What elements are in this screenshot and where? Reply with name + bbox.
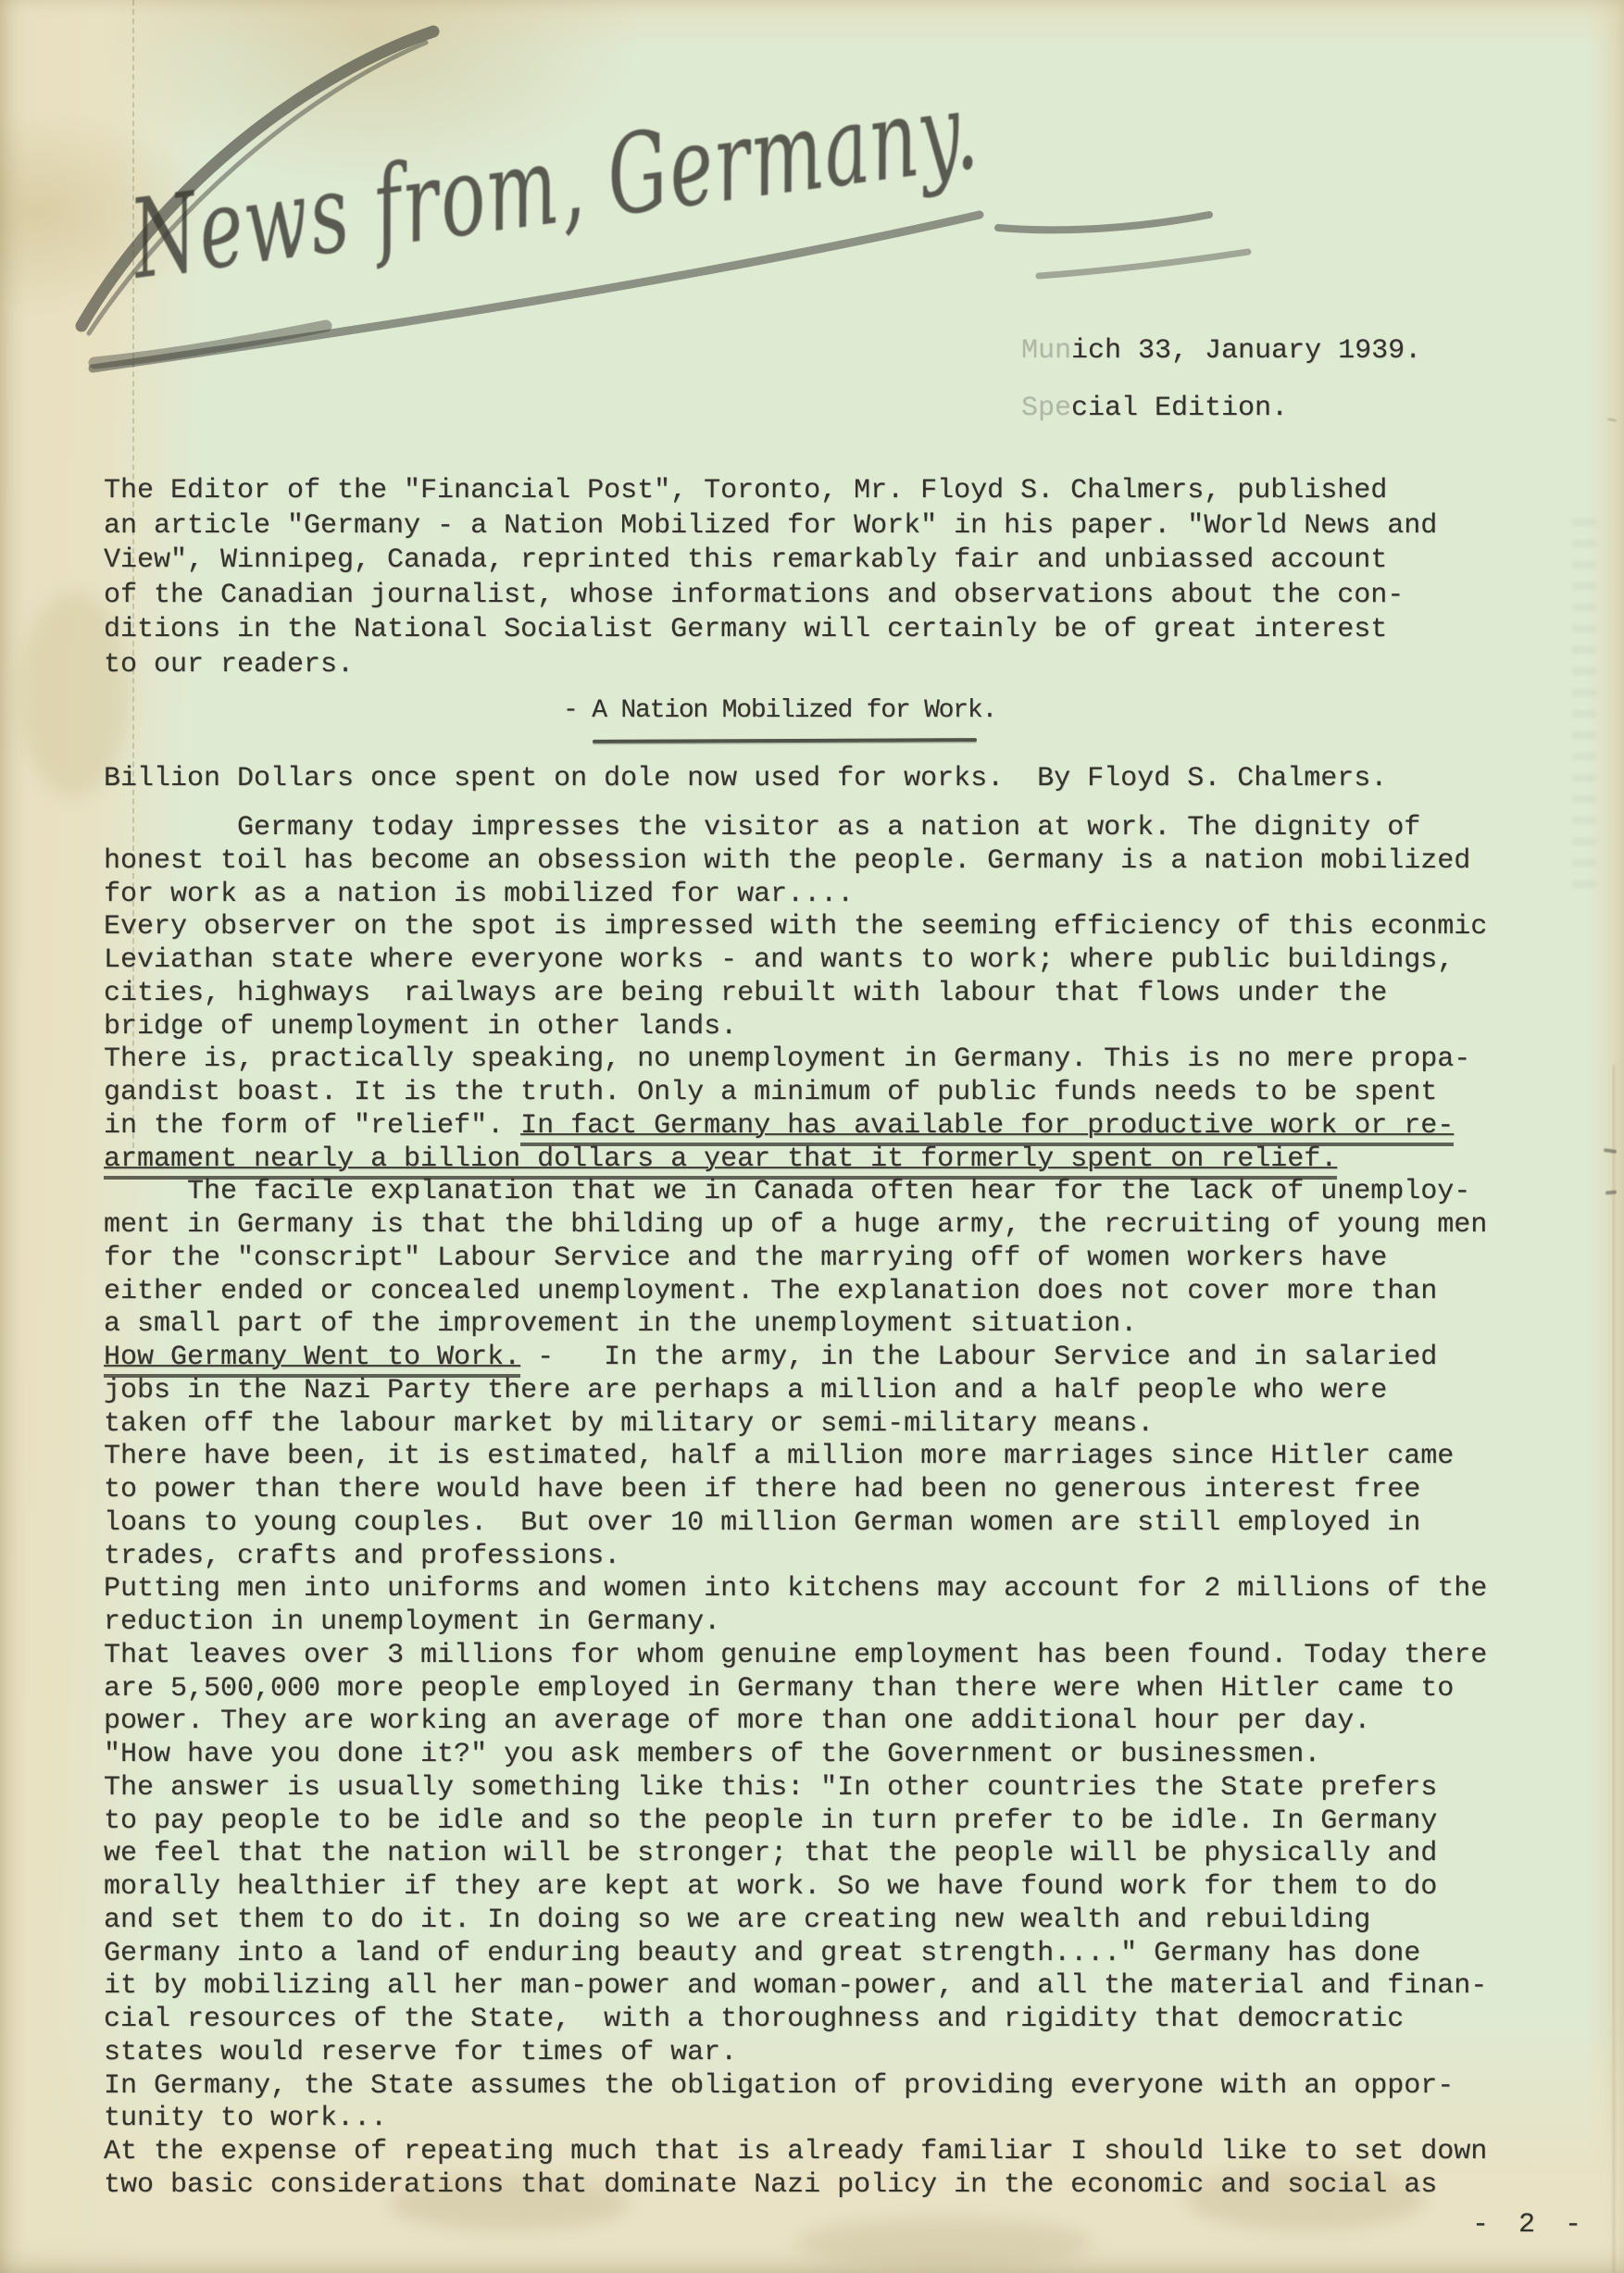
text-segment: jobs in the Nazi Party there are perhaps… <box>104 1375 1387 1406</box>
text-segment: for the "conscript" Labour Service and t… <box>104 1243 1387 1274</box>
text-segment: tunity to work... <box>104 2103 387 2134</box>
edition-text: cial Edition. <box>1071 393 1288 424</box>
text-line: Every observer on the spot is impressed … <box>104 911 1487 944</box>
text-line: loans to young couples. But over 10 mill… <box>104 1507 1487 1541</box>
text-line: of the Canadian journalist, whose inform… <box>104 579 1437 614</box>
handwritten-title-area: News from, Germany. <box>0 0 1624 454</box>
dateline: Munich 33, January 1939. <box>1021 335 1421 368</box>
text-segment: in the form of "relief". <box>104 1110 520 1142</box>
text-segment: it by mobilizing all her man-power and w… <box>104 1970 1487 2002</box>
text-segment: loans to young couples. But over 10 mill… <box>104 1507 1420 1539</box>
text-segment: Every observer on the spot is impressed … <box>104 911 1487 943</box>
text-line: for the "conscript" Labour Service and t… <box>104 1243 1487 1276</box>
intro-paragraph: The Editor of the "Financial Post", Toro… <box>104 474 1437 682</box>
dateline-faded: Mun <box>1021 335 1071 367</box>
text-line: taken off the labour market by military … <box>104 1408 1487 1442</box>
text-line: At the expense of repeating much that is… <box>104 2136 1487 2169</box>
section-heading: - A Nation Mobilized for Work. <box>563 694 996 728</box>
text-line: jobs in the Nazi Party there are perhaps… <box>104 1375 1487 1408</box>
margin-mark <box>1604 1148 1617 1154</box>
text-line: to pay people to be idle and so the peop… <box>104 1805 1487 1839</box>
underlined-text: armament nearly a billion dollars a year… <box>104 1143 1337 1180</box>
text-line: Germany today impresses the visitor as a… <box>104 812 1487 845</box>
text-segment: Putting men into uniforms and women into… <box>104 1573 1487 1605</box>
text-segment: power. They are working an average of mo… <box>104 1705 1370 1737</box>
text-segment: taken off the labour market by military … <box>104 1408 1154 1440</box>
pencil-underline <box>93 215 980 368</box>
text-line: a small part of the improvement in the u… <box>104 1308 1487 1342</box>
text-line: and set them to do it. In doing so we ar… <box>104 1905 1487 1938</box>
text-line: ditions in the National Socialist German… <box>104 613 1437 648</box>
text-line: There have been, it is estimated, half a… <box>104 1441 1487 1474</box>
text-line: for work as a nation is mobilized for wa… <box>104 879 1487 912</box>
text-segment: The answer is usually something like thi… <box>104 1772 1437 1804</box>
text-line: honest toil has become an obsession with… <box>104 845 1487 879</box>
margin-mark <box>1607 418 1617 422</box>
text-line: Putting men into uniforms and women into… <box>104 1573 1487 1606</box>
text-segment: That leaves over 3 millions for whom gen… <box>104 1640 1487 1671</box>
text-segment: honest toil has become an obsession with… <box>104 845 1470 877</box>
text-segment: are 5,500,000 more people employed in Ge… <box>104 1673 1454 1705</box>
text-segment: two basic considerations that dominate N… <box>104 2169 1437 2201</box>
text-line: to our readers. <box>104 648 1437 683</box>
text-segment: The facile explanation that we in Canada… <box>104 1176 1470 1207</box>
text-line: we feel that the nation will be stronger… <box>104 1838 1487 1871</box>
text-line: an article "Germany - a Nation Mobilized… <box>104 509 1437 544</box>
text-line: That leaves over 3 millions for whom gen… <box>104 1640 1487 1673</box>
text-line: trades, crafts and professions. <box>104 1541 1487 1574</box>
text-line: Leviathan state where everyone works - a… <box>104 944 1487 978</box>
text-segment: a small part of the improvement in the u… <box>104 1308 1137 1340</box>
text-segment: reduction in unemployment in Germany. <box>104 1606 720 1638</box>
text-segment: bridge of unemployment in other lands. <box>104 1011 737 1043</box>
text-line: reduction in unemployment in Germany. <box>104 1606 1487 1640</box>
text-line: power. They are working an average of mo… <box>104 1705 1487 1739</box>
pencil-underline <box>94 326 326 363</box>
text-segment: either ended or concealed unemployment. … <box>104 1276 1437 1307</box>
text-segment: There have been, it is estimated, half a… <box>104 1441 1454 1472</box>
text-line: tunity to work... <box>104 2103 1487 2136</box>
underlined-text: How Germany Went to Work. <box>104 1342 520 1378</box>
pencil-flourish <box>81 31 433 326</box>
text-line: "How have you done it?" you ask members … <box>104 1739 1487 1772</box>
text-segment: states would reserve for times of war. <box>104 2037 737 2068</box>
text-segment: ment in Germany is that the bhilding up … <box>104 1209 1487 1241</box>
paper-wrinkle <box>796 2217 1093 2268</box>
edition-faded: Spe <box>1021 393 1071 424</box>
underlined-text: In fact Germany has available for produc… <box>520 1110 1454 1146</box>
dateline-text: ich 33, January 1939. <box>1071 335 1421 367</box>
handwritten-title: News from, Germany. <box>122 66 985 304</box>
text-line: The Editor of the "Financial Post", Toro… <box>104 474 1437 509</box>
page-number: - 2 - <box>1472 2209 1588 2242</box>
text-line: morally healthier if they are kept at wo… <box>104 1871 1487 1905</box>
text-segment: for work as a nation is mobilized for wa… <box>104 879 854 910</box>
text-line: Germany into a land of enduring beauty a… <box>104 1938 1487 1971</box>
heading-underline <box>593 738 977 743</box>
text-line: The facile explanation that we in Canada… <box>104 1176 1487 1209</box>
text-line: cial resources of the State, with a thor… <box>104 2004 1487 2037</box>
paper-crease <box>1613 1065 1615 2273</box>
pencil-flourish <box>89 43 426 333</box>
text-segment: to pay people to be idle and so the peop… <box>104 1805 1437 1837</box>
text-segment: gandist boast. It is the truth. Only a m… <box>104 1077 1437 1108</box>
text-line: states would reserve for times of war. <box>104 2037 1487 2070</box>
ink-bleedthrough <box>1572 518 1596 889</box>
text-line: View", Winnipeg, Canada, reprinted this … <box>104 543 1437 579</box>
text-segment: trades, crafts and professions. <box>104 1541 620 1572</box>
text-segment: Germany into a land of enduring beauty a… <box>104 1938 1420 1969</box>
text-line: two basic considerations that dominate N… <box>104 2169 1487 2203</box>
text-segment: - In the army, in the Labour Service and… <box>520 1342 1437 1373</box>
text-segment: and set them to do it. In doing so we ar… <box>104 1905 1370 1936</box>
text-line: bridge of unemployment in other lands. <box>104 1011 1487 1044</box>
text-line: In Germany, the State assumes the obliga… <box>104 2070 1487 2104</box>
text-segment: to power than there would have been if t… <box>104 1474 1420 1505</box>
pencil-dash <box>998 215 1209 230</box>
text-segment: we feel that the nation will be stronger… <box>104 1838 1437 1869</box>
text-segment: morally healthier if they are kept at wo… <box>104 1871 1437 1903</box>
text-segment: At the expense of repeating much that is… <box>104 2136 1487 2167</box>
text-line: to power than there would have been if t… <box>104 1474 1487 1507</box>
margin-mark <box>1605 1190 1617 1194</box>
body-lines: Germany today impresses the visitor as a… <box>104 812 1487 2203</box>
text-line: it by mobilizing all her man-power and w… <box>104 1970 1487 2004</box>
text-line: ment in Germany is that the bhilding up … <box>104 1209 1487 1243</box>
text-segment: cities, highways railways are being rebu… <box>104 978 1387 1009</box>
text-line: How Germany Went to Work. - In the army,… <box>104 1342 1487 1375</box>
text-segment: In Germany, the State assumes the obliga… <box>104 2070 1454 2102</box>
text-line: gandist boast. It is the truth. Only a m… <box>104 1077 1487 1110</box>
text-segment: "How have you done it?" you ask members … <box>104 1739 1320 1770</box>
byline: Billion Dollars once spent on dole now u… <box>104 763 1387 796</box>
text-segment: Leviathan state where everyone works - a… <box>104 944 1454 976</box>
text-line: cities, highways railways are being rebu… <box>104 978 1487 1011</box>
text-line: armament nearly a billion dollars a year… <box>104 1143 1487 1177</box>
pencil-dash <box>1039 252 1248 276</box>
text-line: are 5,500,000 more people employed in Ge… <box>104 1673 1487 1706</box>
text-segment: cial resources of the State, with a thor… <box>104 2004 1404 2035</box>
edition-line: Special Edition. <box>1021 393 1288 426</box>
text-line: in the form of "relief". In fact Germany… <box>104 1110 1487 1143</box>
text-line: There is, practically speaking, no unemp… <box>104 1043 1487 1077</box>
text-line: either ended or concealed unemployment. … <box>104 1276 1487 1309</box>
scanned-document-page: News from, Germany. Munich 33, January 1… <box>0 0 1624 2273</box>
text-segment: There is, practically speaking, no unemp… <box>104 1043 1470 1075</box>
text-line: The answer is usually something like thi… <box>104 1772 1487 1805</box>
text-segment: Germany today impresses the visitor as a… <box>104 812 1420 843</box>
